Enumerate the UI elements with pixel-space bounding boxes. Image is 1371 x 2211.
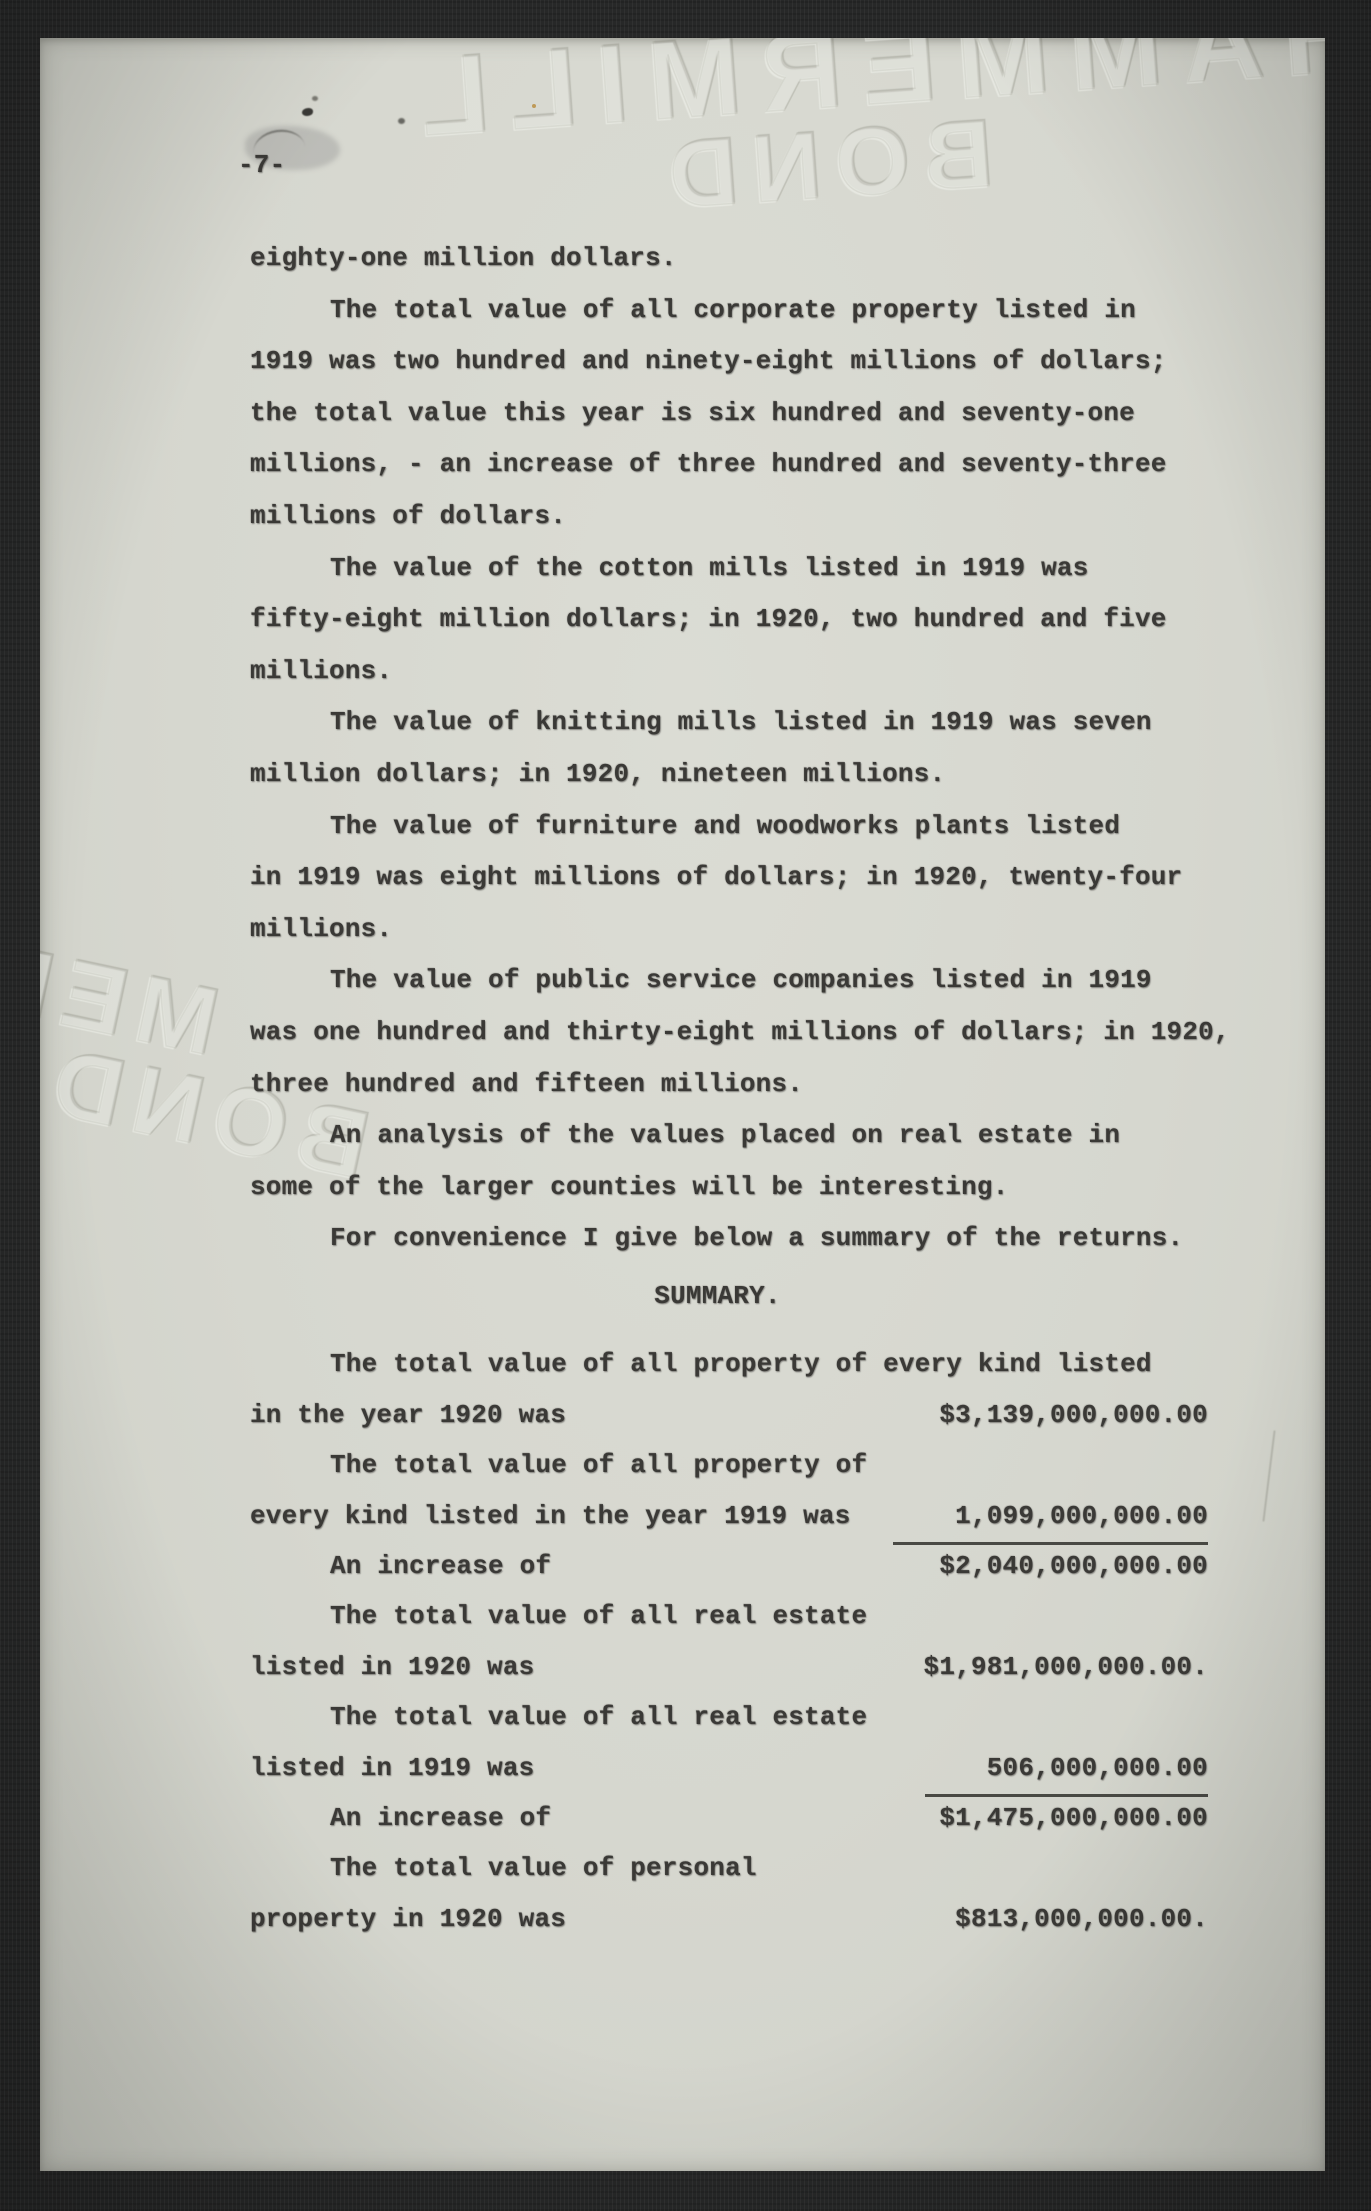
text-line: The value of knitting mills listed in 19… [250,697,1240,749]
summary-label: The total value of all real estate [250,1591,867,1641]
summary-row: listed in 1919 was506,000,000.00 [250,1743,1240,1793]
text-line: millions of dollars. [250,491,1240,543]
summary-row: property in 1920 was$813,000,000.00. [250,1894,1240,1944]
text-line: millions. [250,904,1240,956]
summary-row: The total value of all real estate [250,1692,1240,1742]
text-line: The value of furniture and woodworks pla… [250,801,1240,853]
summary-row: An increase of$2,040,000,000.00 [250,1541,1240,1591]
summary-label: in the year 1920 was [250,1390,566,1440]
summary-label: listed in 1919 was [250,1743,534,1793]
text-line: 1919 was two hundred and ninety-eight mi… [250,336,1240,388]
summary-label: property in 1920 was [250,1894,566,1944]
text-line: was one hundred and thirty-eight million… [250,1007,1240,1059]
summary-label: An increase of [250,1541,551,1591]
text-line: The value of public service companies li… [250,955,1240,1007]
paper-scratch [1262,1430,1275,1522]
summary-row: The total value of all real estate [250,1591,1240,1641]
summary-amount: $3,139,000,000.00 [939,1390,1208,1440]
summary-row: The total value of personal [250,1843,1240,1893]
text-line: millions. [250,646,1240,698]
summary-row: The total value of all property of [250,1440,1240,1490]
summary-label: The total value of all real estate [250,1692,867,1742]
summary-label: listed in 1920 was [250,1642,534,1692]
summary-label: The total value of personal [250,1843,757,1893]
summary-row: listed in 1920 was$1,981,000,000.00. [250,1642,1240,1692]
text-line: in 1919 was eight millions of dollars; i… [250,852,1240,904]
summary-heading: SUMMARY. [250,1271,1240,1323]
page-number: -7- [238,150,285,180]
text-line: eighty-one million dollars. [250,233,1240,285]
summary-table: The total value of all property of every… [250,1339,1240,1944]
summary-amount: 1,099,000,000.00 [893,1491,1208,1545]
ink-speck [302,108,313,116]
summary-label: every kind listed in the year 1919 was [250,1491,851,1541]
summary-amount: $1,981,000,000.00. [924,1642,1208,1692]
text-line: some of the larger counties will be inte… [250,1162,1240,1214]
watermark-bond-top: BOND [652,98,998,231]
text-line: millions, - an increase of three hundred… [250,439,1240,491]
text-line: An analysis of the values placed on real… [250,1110,1240,1162]
summary-amount: $813,000,000.00. [955,1894,1208,1944]
typed-body: eighty-one million dollars.The total val… [250,233,1240,1944]
summary-row: An increase of$1,475,000,000.00 [250,1793,1240,1843]
summary-amount: $1,475,000,000.00 [939,1793,1208,1843]
paper-sheet: HAMMERMILL BOND MER BOND -7- eighty-one … [40,38,1325,2171]
text-line: The total value of all corporate propert… [250,285,1240,337]
text-line: three hundred and fifteen millions. [250,1059,1240,1111]
summary-label: The total value of all property of [250,1440,867,1490]
summary-amount: $2,040,000,000.00 [939,1541,1208,1591]
ink-speck [312,96,318,101]
text-line: The value of the cotton mills listed in … [250,543,1240,595]
summary-row: in the year 1920 was$3,139,000,000.00 [250,1390,1240,1440]
summary-label: The total value of all property of every… [250,1339,1152,1389]
paragraph-block: eighty-one million dollars.The total val… [250,233,1240,1265]
summary-label: An increase of [250,1793,551,1843]
document-scan: HAMMERMILL BOND MER BOND -7- eighty-one … [0,0,1371,2211]
text-line: million dollars; in 1920, nineteen milli… [250,749,1240,801]
text-line: fifty-eight million dollars; in 1920, tw… [250,594,1240,646]
summary-row: every kind listed in the year 1919 was1,… [250,1491,1240,1541]
text-line: the total value this year is six hundred… [250,388,1240,440]
text-line: For convenience I give below a summary o… [250,1213,1240,1265]
summary-row: The total value of all property of every… [250,1339,1240,1389]
summary-amount: 506,000,000.00 [925,1743,1208,1797]
